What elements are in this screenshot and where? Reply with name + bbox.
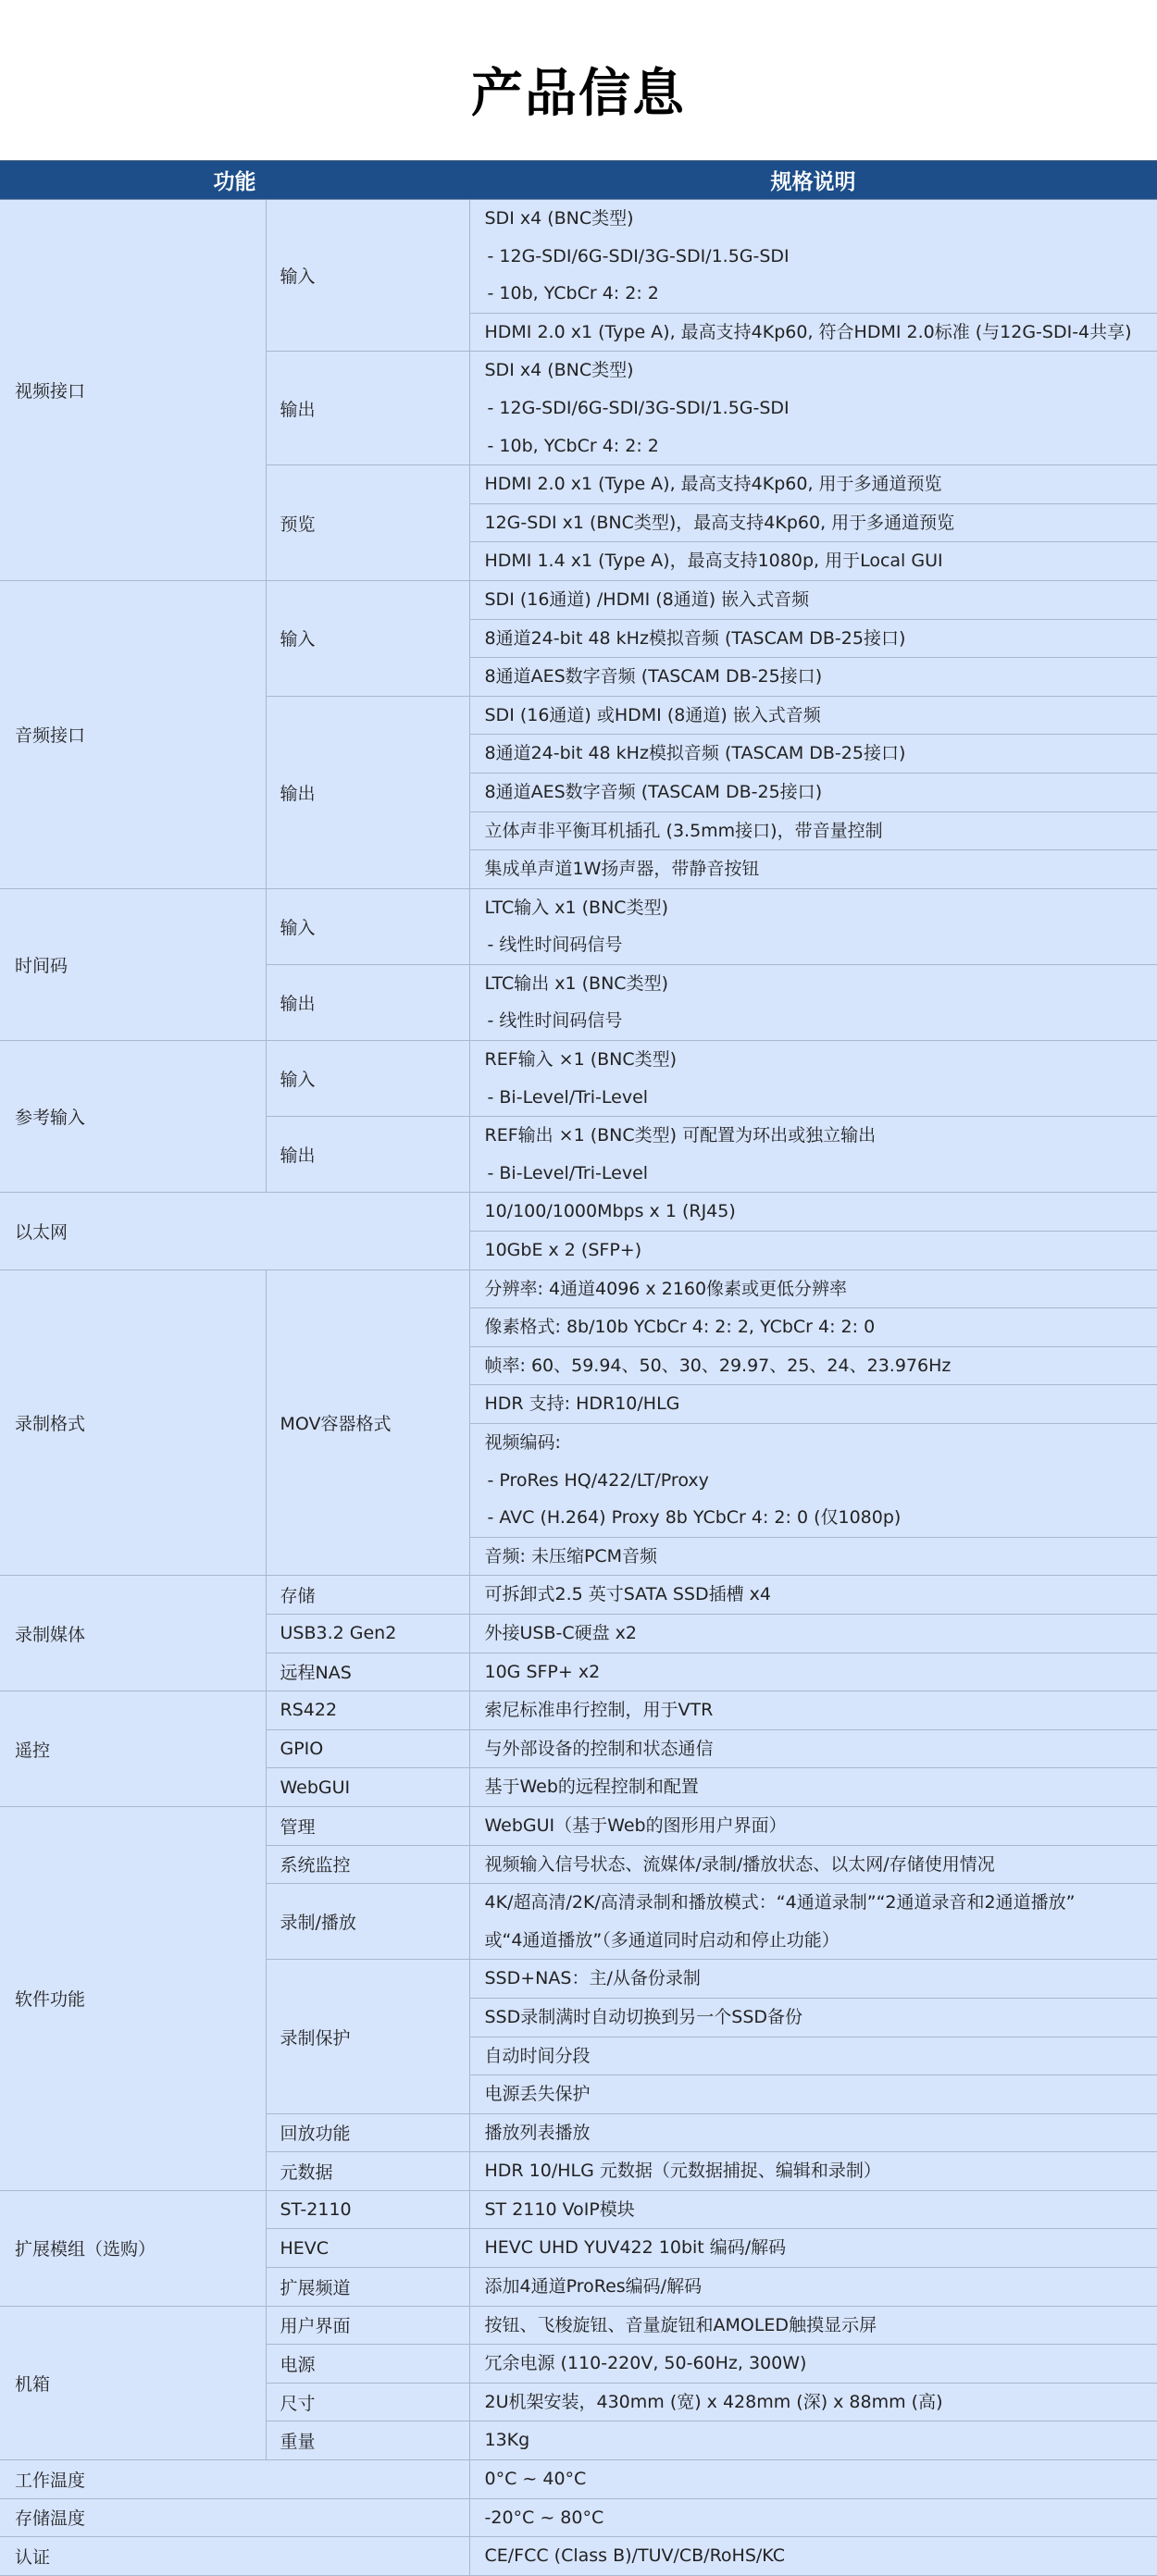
spec-cell: 索尼标准串行控制，用于VTR <box>469 1691 1157 1730</box>
spec-cell: 自动时间分段 <box>469 2037 1157 2075</box>
spec-line: 添加4通道ProRes编码/解码 <box>485 2268 1157 2306</box>
group-label: 存储 <box>266 1576 469 1615</box>
group-label: 元数据 <box>266 2152 469 2191</box>
spec-cell: LTC输入 x1 (BNC类型) - 线性时间码信号 <box>469 888 1157 964</box>
spec-line: 帧率: 60、59.94、50、30、29.97、25、24、23.976Hz <box>485 1347 1157 1385</box>
page-header: 产品信息 <box>0 0 1157 160</box>
spec-table: 功能 规格说明 视频接口输入SDI x4 (BNC类型) - 12G-SDI/6… <box>0 160 1157 2576</box>
spec-cell: HDMI 2.0 x1 (Type A), 最高支持4Kp60, 符合HDMI … <box>469 313 1157 352</box>
group-label: 系统监控 <box>266 1845 469 1884</box>
spec-line: 自动时间分段 <box>485 2037 1157 2075</box>
spec-line: SSD录制满时自动切换到另一个SSD备份 <box>485 1999 1157 2037</box>
group-label: 用户界面 <box>266 2306 469 2345</box>
spec-cell: 8通道24-bit 48 kHz模拟音频 (TASCAM DB-25接口) <box>469 735 1157 774</box>
table-row: 存储温度-20°C ~ 80°C <box>0 2498 1157 2537</box>
spec-line: 立体声非平衡耳机插孔 (3.5mm接口)，带音量控制 <box>485 812 1157 850</box>
group-label: 输入 <box>266 888 469 964</box>
spec-cell: 电源丢失保护 <box>469 2075 1157 2114</box>
group-label: MOV容器格式 <box>266 1269 469 1576</box>
spec-line: REF输入 ×1 (BNC类型) <box>485 1041 1157 1079</box>
spec-line: 视频输入信号状态、流媒体/录制/播放状态、以太网/存储使用情况 <box>485 1846 1157 1884</box>
spec-line: 13Kg <box>485 2421 1157 2459</box>
spec-cell: 按钮、飞梭旋钮、音量旋钮和AMOLED触摸显示屏 <box>469 2306 1157 2345</box>
group-label: 回放功能 <box>266 2113 469 2152</box>
spec-cell: REF输出 ×1 (BNC类型) 可配置为环出或独立输出 - Bi-Level/… <box>469 1117 1157 1193</box>
spec-cell: ST 2110 VoIP模块 <box>469 2190 1157 2229</box>
table-row: 软件功能管理WebGUI（基于Web的图形用户界面） <box>0 1806 1157 1845</box>
spec-line: 像素格式: 8b/10b YCbCr 4: 2: 2, YCbCr 4: 2: … <box>485 1308 1157 1346</box>
spec-cell: 8通道24-bit 48 kHz模拟音频 (TASCAM DB-25接口) <box>469 619 1157 658</box>
group-label: 扩展频道 <box>266 2268 469 2307</box>
spec-line: - Bi-Level/Tri-Level <box>485 1155 1157 1193</box>
spec-line: - 10b, YCbCr 4: 2: 2 <box>485 275 1157 313</box>
table-row: 工作温度0°C ~ 40°C <box>0 2460 1157 2499</box>
group-label: 远程NAS <box>266 1653 469 1691</box>
spec-line: 2U机架安装，430mm (宽) x 428mm (深) x 88mm (高) <box>485 2384 1157 2421</box>
spec-line: 8通道24-bit 48 kHz模拟音频 (TASCAM DB-25接口) <box>485 735 1157 773</box>
spec-line: 外接USB-C硬盘 x2 <box>485 1615 1157 1653</box>
spec-line: HDMI 2.0 x1 (Type A), 最高支持4Kp60, 用于多通道预览 <box>485 465 1157 503</box>
spec-cell: 与外部设备的控制和状态通信 <box>469 1729 1157 1768</box>
spec-line: 分辨率: 4通道4096 x 2160像素或更低分辨率 <box>485 1270 1157 1308</box>
spec-cell: 4K/超高清/2K/高清录制和播放模式：“4通道录制”“2通道录音和2通道播放”… <box>469 1884 1157 1960</box>
spec-cell: WebGUI（基于Web的图形用户界面） <box>469 1806 1157 1845</box>
spec-line: - 线性时间码信号 <box>485 926 1157 964</box>
spec-line: 冗余电源 (110-220V, 50-60Hz, 300W) <box>485 2345 1157 2383</box>
section-label: 机箱 <box>0 2306 266 2459</box>
group-label: 输入 <box>266 580 469 696</box>
group-label: 重量 <box>266 2421 469 2460</box>
table-row: 参考输入输入REF输入 ×1 (BNC类型) - Bi-Level/Tri-Le… <box>0 1041 1157 1117</box>
group-label: 尺寸 <box>266 2383 469 2421</box>
spec-line: - 12G-SDI/6G-SDI/3G-SDI/1.5G-SDI <box>485 390 1157 427</box>
page-title: 产品信息 <box>471 34 686 127</box>
spec-line: 播放列表播放 <box>485 2114 1157 2152</box>
spec-cell: 8通道AES数字音频 (TASCAM DB-25接口) <box>469 773 1157 811</box>
spec-line: HDMI 2.0 x1 (Type A), 最高支持4Kp60, 符合HDMI … <box>485 314 1157 352</box>
spec-line: 音频: 未压缩PCM音频 <box>485 1538 1157 1576</box>
section-label: 录制媒体 <box>0 1576 266 1691</box>
table-row: 以太网10/100/1000Mbps x 1 (RJ45) <box>0 1193 1157 1232</box>
spec-line: SDI (16通道) /HDMI (8通道) 嵌入式音频 <box>485 581 1157 619</box>
spec-line: - Bi-Level/Tri-Level <box>485 1079 1157 1117</box>
spec-line: 8通道AES数字音频 (TASCAM DB-25接口) <box>485 658 1157 696</box>
spec-cell: 分辨率: 4通道4096 x 2160像素或更低分辨率 <box>469 1269 1157 1308</box>
spec-line: HDMI 1.4 x1 (Type A)，最高支持1080p, 用于Local … <box>485 542 1157 580</box>
spec-line: LTC输入 x1 (BNC类型) <box>485 889 1157 927</box>
spec-cell: 视频输入信号状态、流媒体/录制/播放状态、以太网/存储使用情况 <box>469 1845 1157 1884</box>
spec-cell: 帧率: 60、59.94、50、30、29.97、25、24、23.976Hz <box>469 1346 1157 1385</box>
table-row: 时间码输入LTC输入 x1 (BNC类型) - 线性时间码信号 <box>0 888 1157 964</box>
spec-line: - ProRes HQ/422/LT/Proxy <box>485 1462 1157 1500</box>
section-label: 扩展模组（选购） <box>0 2190 266 2306</box>
section-label: 录制格式 <box>0 1269 266 1576</box>
group-label: 预览 <box>266 465 469 581</box>
spec-cell: 基于Web的远程控制和配置 <box>469 1768 1157 1807</box>
spec-cell: HDR 支持: HDR10/HLG <box>469 1385 1157 1424</box>
group-label: 输出 <box>266 1117 469 1193</box>
spec-cell: 视频编码: - ProRes HQ/422/LT/Proxy - AVC (H.… <box>469 1424 1157 1538</box>
spec-line: HDR 支持: HDR10/HLG <box>485 1385 1157 1423</box>
spec-line: 可拆卸式2.5 英寸SATA SSD插槽 x4 <box>485 1576 1157 1614</box>
spec-cell: 添加4通道ProRes编码/解码 <box>469 2268 1157 2307</box>
spec-cell: 2U机架安装，430mm (宽) x 428mm (深) x 88mm (高) <box>469 2383 1157 2421</box>
spec-cell: 10G SFP+ x2 <box>469 1653 1157 1691</box>
spec-cell: HDR 10/HLG 元数据（元数据捕捉、编辑和录制） <box>469 2152 1157 2191</box>
spec-line: 电源丢失保护 <box>485 2075 1157 2113</box>
spec-cell: CE/FCC (Class B)/TUV/CB/RoHS/KC <box>469 2537 1157 2576</box>
spec-line: 0°C ~ 40°C <box>485 2460 1157 2498</box>
spec-line: WebGUI（基于Web的图形用户界面） <box>485 1807 1157 1845</box>
section-label: 音频接口 <box>0 580 266 888</box>
spec-cell: 立体声非平衡耳机插孔 (3.5mm接口)，带音量控制 <box>469 811 1157 850</box>
table-row: 视频接口输入SDI x4 (BNC类型) - 12G-SDI/6G-SDI/3G… <box>0 200 1157 314</box>
spec-line: 10G SFP+ x2 <box>485 1653 1157 1691</box>
group-label: HEVC <box>266 2229 469 2268</box>
spec-line: - 12G-SDI/6G-SDI/3G-SDI/1.5G-SDI <box>485 238 1157 276</box>
spec-line: - AVC (H.264) Proxy 8b YCbCr 4: 2: 0 (仅1… <box>485 1499 1157 1537</box>
spec-cell: 8通道AES数字音频 (TASCAM DB-25接口) <box>469 658 1157 697</box>
group-label: 输出 <box>266 964 469 1040</box>
header-row: 功能 规格说明 <box>0 161 1157 200</box>
spec-cell: 播放列表播放 <box>469 2113 1157 2152</box>
spec-line: SDI x4 (BNC类型) <box>485 352 1157 390</box>
spec-table-body: 视频接口输入SDI x4 (BNC类型) - 12G-SDI/6G-SDI/3G… <box>0 200 1157 2576</box>
spec-line: CE/FCC (Class B)/TUV/CB/RoHS/KC <box>485 2537 1157 2575</box>
spec-cell: LTC输出 x1 (BNC类型) - 线性时间码信号 <box>469 964 1157 1040</box>
header-function: 功能 <box>0 161 469 200</box>
section-label: 参考输入 <box>0 1041 266 1193</box>
spec-line: 与外部设备的控制和状态通信 <box>485 1730 1157 1768</box>
spec-cell: 0°C ~ 40°C <box>469 2460 1157 2499</box>
spec-line: 8通道24-bit 48 kHz模拟音频 (TASCAM DB-25接口) <box>485 620 1157 658</box>
spec-cell: 像素格式: 8b/10b YCbCr 4: 2: 2, YCbCr 4: 2: … <box>469 1308 1157 1347</box>
group-label: 输入 <box>266 1041 469 1117</box>
spec-cell: 可拆卸式2.5 英寸SATA SSD插槽 x4 <box>469 1576 1157 1615</box>
group-label: WebGUI <box>266 1768 469 1807</box>
spec-line: - 线性时间码信号 <box>485 1002 1157 1040</box>
header-spec: 规格说明 <box>469 161 1157 200</box>
spec-line: - 10b, YCbCr 4: 2: 2 <box>485 427 1157 465</box>
spec-cell: SDI (16通道) 或HDMI (8通道) 嵌入式音频 <box>469 696 1157 735</box>
spec-cell: SDI (16通道) /HDMI (8通道) 嵌入式音频 <box>469 580 1157 619</box>
spec-table-header: 功能 规格说明 <box>0 161 1157 200</box>
spec-line: 视频编码: <box>485 1424 1157 1462</box>
group-label: USB3.2 Gen2 <box>266 1614 469 1653</box>
spec-cell: HEVC UHD YUV422 10bit 编码/解码 <box>469 2229 1157 2268</box>
group-label: 电源 <box>266 2345 469 2384</box>
spec-line: 12G-SDI x1 (BNC类型)，最高支持4Kp60, 用于多通道预览 <box>485 504 1157 542</box>
spec-line: 8通道AES数字音频 (TASCAM DB-25接口) <box>485 774 1157 811</box>
spec-cell: 外接USB-C硬盘 x2 <box>469 1614 1157 1653</box>
spec-line: SDI (16通道) 或HDMI (8通道) 嵌入式音频 <box>485 697 1157 735</box>
table-row: 认证CE/FCC (Class B)/TUV/CB/RoHS/KC <box>0 2537 1157 2576</box>
section-label: 认证 <box>0 2537 469 2576</box>
spec-line: ST 2110 VoIP模块 <box>485 2191 1157 2229</box>
spec-cell: HDMI 2.0 x1 (Type A), 最高支持4Kp60, 用于多通道预览 <box>469 465 1157 504</box>
spec-cell: SSD+NAS：主/从备份录制 <box>469 1960 1157 1999</box>
spec-line: HEVC UHD YUV422 10bit 编码/解码 <box>485 2229 1157 2267</box>
spec-cell: 12G-SDI x1 (BNC类型)，最高支持4Kp60, 用于多通道预览 <box>469 503 1157 542</box>
section-label: 视频接口 <box>0 200 266 581</box>
spec-cell: 13Kg <box>469 2421 1157 2460</box>
group-label: 输入 <box>266 200 469 352</box>
spec-line: 索尼标准串行控制，用于VTR <box>485 1691 1157 1729</box>
table-row: 遥控RS422索尼标准串行控制，用于VTR <box>0 1691 1157 1730</box>
spec-cell: -20°C ~ 80°C <box>469 2498 1157 2537</box>
spec-line: -20°C ~ 80°C <box>485 2499 1157 2537</box>
table-row: 录制格式MOV容器格式分辨率: 4通道4096 x 2160像素或更低分辨率 <box>0 1269 1157 1308</box>
spec-cell: SDI x4 (BNC类型) - 12G-SDI/6G-SDI/3G-SDI/1… <box>469 200 1157 314</box>
spec-line: 按钮、飞梭旋钮、音量旋钮和AMOLED触摸显示屏 <box>485 2307 1157 2345</box>
spec-line: REF输出 ×1 (BNC类型) 可配置为环出或独立输出 <box>485 1117 1157 1155</box>
table-row: 机箱用户界面按钮、飞梭旋钮、音量旋钮和AMOLED触摸显示屏 <box>0 2306 1157 2345</box>
spec-line: LTC输出 x1 (BNC类型) <box>485 965 1157 1003</box>
section-label: 工作温度 <box>0 2460 469 2499</box>
spec-cell: SDI x4 (BNC类型) - 12G-SDI/6G-SDI/3G-SDI/1… <box>469 352 1157 465</box>
table-row: 录制媒体存储可拆卸式2.5 英寸SATA SSD插槽 x4 <box>0 1576 1157 1615</box>
section-label: 时间码 <box>0 888 266 1040</box>
section-label: 存储温度 <box>0 2498 469 2537</box>
spec-line: 4K/超高清/2K/高清录制和播放模式：“4通道录制”“2通道录音和2通道播放” <box>485 1884 1157 1922</box>
spec-line: 10/100/1000Mbps x 1 (RJ45) <box>485 1193 1157 1231</box>
spec-line: 或“4通道播放”（多通道同时启动和停止功能） <box>485 1922 1157 1960</box>
section-label: 软件功能 <box>0 1806 266 2190</box>
spec-cell: REF输入 ×1 (BNC类型) - Bi-Level/Tri-Level <box>469 1041 1157 1117</box>
group-label: GPIO <box>266 1729 469 1768</box>
spec-line: 基于Web的远程控制和配置 <box>485 1768 1157 1806</box>
spec-line: 10GbE x 2 (SFP+) <box>485 1232 1157 1269</box>
spec-cell: 音频: 未压缩PCM音频 <box>469 1537 1157 1576</box>
section-label: 以太网 <box>0 1193 469 1269</box>
group-label: 输出 <box>266 352 469 465</box>
spec-cell: HDMI 1.4 x1 (Type A)，最高支持1080p, 用于Local … <box>469 542 1157 581</box>
spec-cell: 10GbE x 2 (SFP+) <box>469 1232 1157 1270</box>
spec-line: HDR 10/HLG 元数据（元数据捕捉、编辑和录制） <box>485 2152 1157 2190</box>
spec-cell: SSD录制满时自动切换到另一个SSD备份 <box>469 1998 1157 2037</box>
spec-cell: 10/100/1000Mbps x 1 (RJ45) <box>469 1193 1157 1232</box>
section-label: 遥控 <box>0 1691 266 1807</box>
spec-cell: 集成单声道1W扬声器，带静音按钮 <box>469 850 1157 889</box>
group-label: RS422 <box>266 1691 469 1730</box>
spec-cell: 冗余电源 (110-220V, 50-60Hz, 300W) <box>469 2345 1157 2384</box>
table-row: 扩展模组（选购）ST-2110ST 2110 VoIP模块 <box>0 2190 1157 2229</box>
group-label: ST-2110 <box>266 2190 469 2229</box>
spec-line: SSD+NAS：主/从备份录制 <box>485 1960 1157 1998</box>
spec-line: SDI x4 (BNC类型) <box>485 200 1157 238</box>
group-label: 录制/播放 <box>266 1884 469 1960</box>
spec-line: 集成单声道1W扬声器，带静音按钮 <box>485 850 1157 888</box>
group-label: 管理 <box>266 1806 469 1845</box>
group-label: 录制保护 <box>266 1960 469 2113</box>
table-row: 音频接口输入SDI (16通道) /HDMI (8通道) 嵌入式音频 <box>0 580 1157 619</box>
group-label: 输出 <box>266 696 469 888</box>
